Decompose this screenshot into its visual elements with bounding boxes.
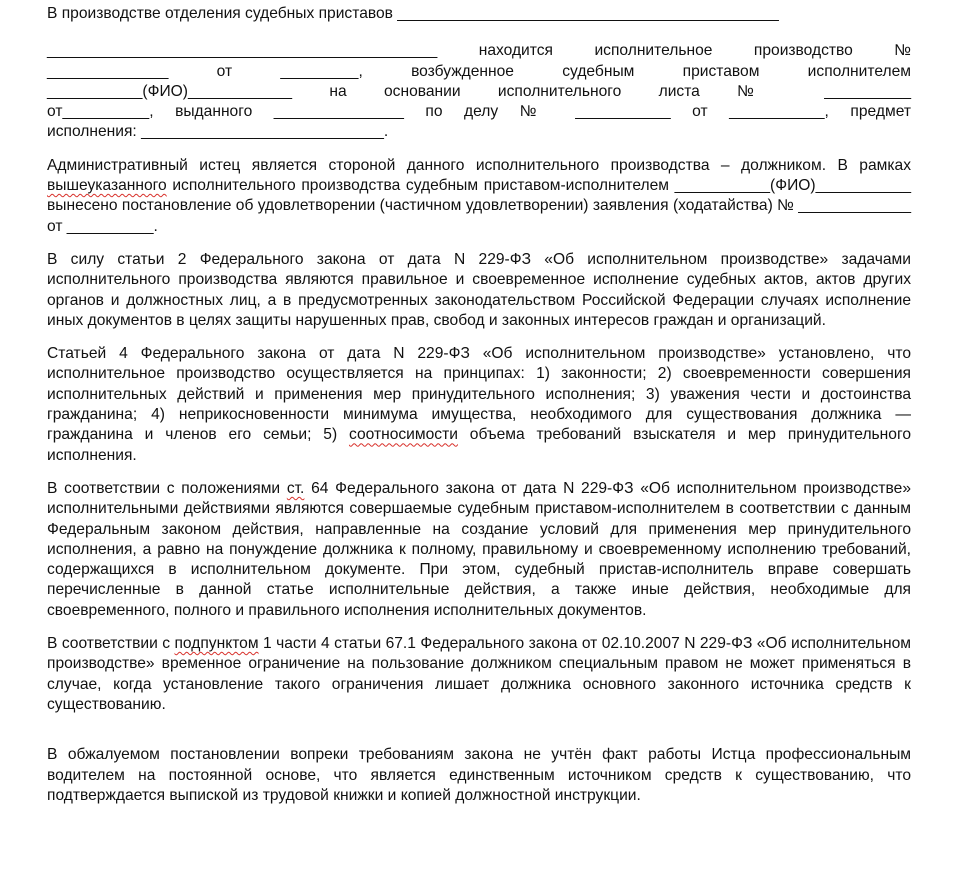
text-run: Административный истец является стороной…: [47, 157, 911, 174]
text-run: 64 Федерального закона от дата N 229-ФЗ …: [47, 480, 911, 619]
document-page: В производстве отделения судебных приста…: [47, 4, 911, 819]
paragraph-argument: В обжалуемом постановлении вопреки требо…: [47, 745, 911, 806]
case-line-2: ______________ от _________, возбужденно…: [47, 62, 911, 82]
text-run: В соответствии с положениями: [47, 480, 287, 497]
spellcheck-word[interactable]: подпунктом: [174, 635, 258, 652]
case-line-3: ___________(ФИО)____________ на основани…: [47, 82, 911, 102]
spellcheck-word[interactable]: соотносимости: [349, 426, 458, 443]
case-line-4: от__________, выданного _______________ …: [47, 102, 911, 122]
spellcheck-word[interactable]: вышеуказанного: [47, 177, 167, 194]
spellcheck-word[interactable]: ст.: [287, 480, 305, 497]
paragraph-debtor: Административный истец является стороной…: [47, 156, 911, 237]
intro-line: В производстве отделения судебных приста…: [47, 4, 911, 24]
paragraph-article-4: Статьей 4 Федерального закона от дата N …: [47, 344, 911, 466]
block-case-details: ________________________________________…: [47, 41, 911, 142]
paragraph-article-64: В соответствии с положениями ст. 64 Феде…: [47, 479, 911, 621]
paragraph-article-67-1: В соответствии с подпунктом 1 части 4 ст…: [47, 634, 911, 715]
case-line-5: исполнения: ____________________________…: [47, 122, 911, 142]
case-line-1: ________________________________________…: [47, 41, 911, 61]
paragraph-article-2: В силу статьи 2 Федерального закона от д…: [47, 250, 911, 331]
text-run: исполнительного производства судебным пр…: [47, 177, 911, 235]
text-run: В соответствии с: [47, 635, 174, 652]
